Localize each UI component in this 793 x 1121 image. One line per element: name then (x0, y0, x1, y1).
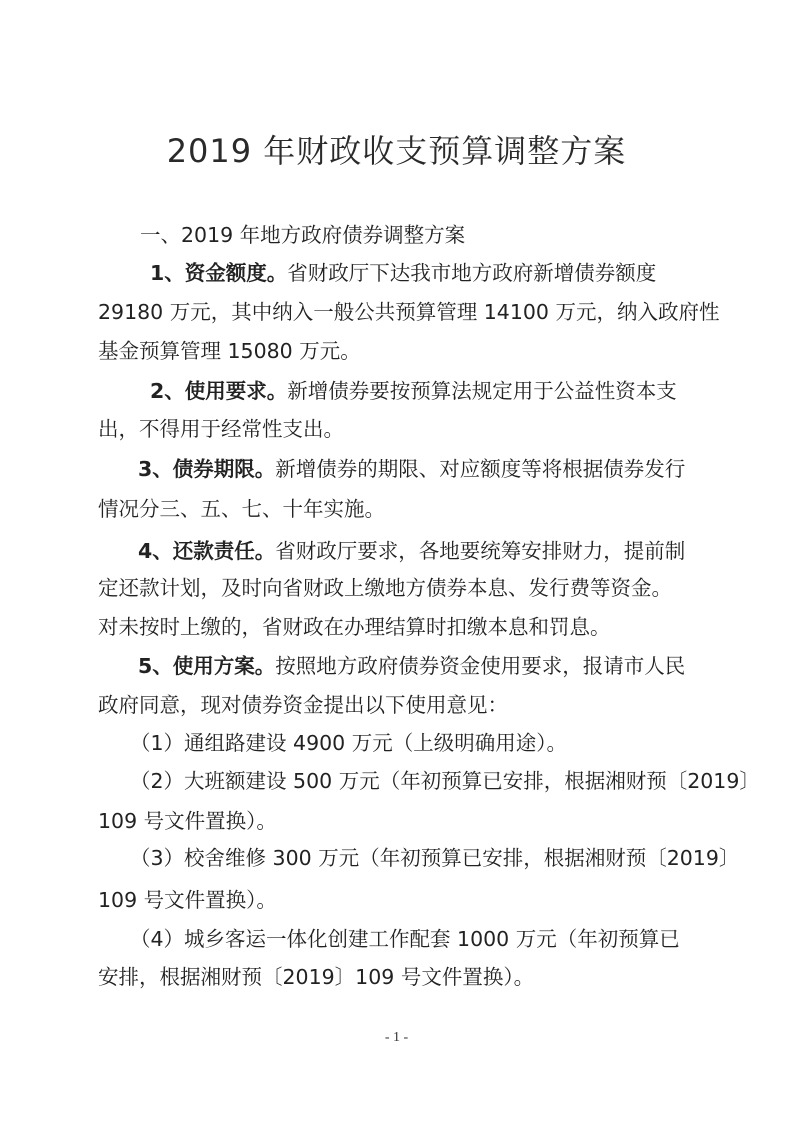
item-5-line-2: 政府同意，现对债券资金提出以下使用意见： (98, 692, 708, 718)
usage-item-4-line-2: 安排，根据湘财预〔2019〕109 号文件置换）。 (98, 964, 708, 990)
item-1-label: 1、资金额度。 (150, 261, 287, 285)
item-1-text: 省财政厅下达我市地方政府新增债券额度 (287, 261, 656, 285)
usage-item-2-line-1: （2）大班额建设 500 万元（年初预算已安排，根据湘财预〔2019〕 (130, 768, 740, 794)
item-4-label: 4、还款责任。 (138, 539, 275, 563)
usage-item-2-line-2: 109 号文件置换）。 (98, 808, 708, 834)
item-4-line-3: 对未按时上缴的，省财政在办理结算时扣缴本息和罚息。 (98, 614, 708, 640)
document-page: 2019 年财政收支预算调整方案 一、2019 年地方政府债券调整方案 1、资金… (0, 0, 793, 1121)
item-3-text: 新增债券的期限、对应额度等将根据债券发行 (275, 457, 685, 481)
item-5-label: 5、使用方案。 (138, 654, 275, 678)
usage-item-4-line-1: （4）城乡客运一体化创建工作配套 1000 万元（年初预算已 (130, 926, 740, 952)
document-title: 2019 年财政收支预算调整方案 (0, 126, 793, 172)
item-3-line-2: 情况分三、五、七、十年实施。 (98, 496, 708, 522)
item-1-line-3: 基金预算管理 15080 万元。 (98, 338, 708, 364)
item-4-line-2: 定还款计划，及时向省财政上缴地方债券本息、发行费等资金。 (98, 575, 708, 601)
usage-item-1: （1）通组路建设 4900 万元（上级明确用途）。 (130, 730, 740, 756)
item-1-line-2: 29180 万元，其中纳入一般公共预算管理 14100 万元，纳入政府性 (98, 299, 708, 325)
item-2-text: 新增债券要按预算法规定用于公益性资本支 (287, 379, 677, 403)
usage-item-3-line-2: 109 号文件置换）。 (98, 887, 708, 913)
item-2-line-2: 出，不得用于经常性支出。 (98, 416, 708, 442)
item-3-label: 3、债券期限。 (138, 457, 275, 481)
section-heading: 一、2019 年地方政府债券调整方案 (140, 222, 750, 248)
item-3-first-line: 3、债券期限。新增债券的期限、对应额度等将根据债券发行 (138, 456, 748, 482)
item-1-first-line: 1、资金额度。省财政厅下达我市地方政府新增债券额度 (150, 260, 760, 286)
item-4-first-line: 4、还款责任。省财政厅要求，各地要统筹安排财力，提前制 (138, 538, 748, 564)
item-2-label: 2、使用要求。 (150, 379, 287, 403)
item-5-text: 按照地方政府债券资金使用要求，报请市人民 (275, 654, 685, 678)
item-5-first-line: 5、使用方案。按照地方政府债券资金使用要求，报请市人民 (138, 653, 748, 679)
item-2-first-line: 2、使用要求。新增债券要按预算法规定用于公益性资本支 (150, 378, 760, 404)
item-4-text: 省财政厅要求，各地要统筹安排财力，提前制 (275, 539, 685, 563)
usage-item-3-line-1: （3）校舍维修 300 万元（年初预算已安排，根据湘财预〔2019〕 (130, 845, 740, 871)
page-number: - 1 - (0, 1030, 793, 1046)
